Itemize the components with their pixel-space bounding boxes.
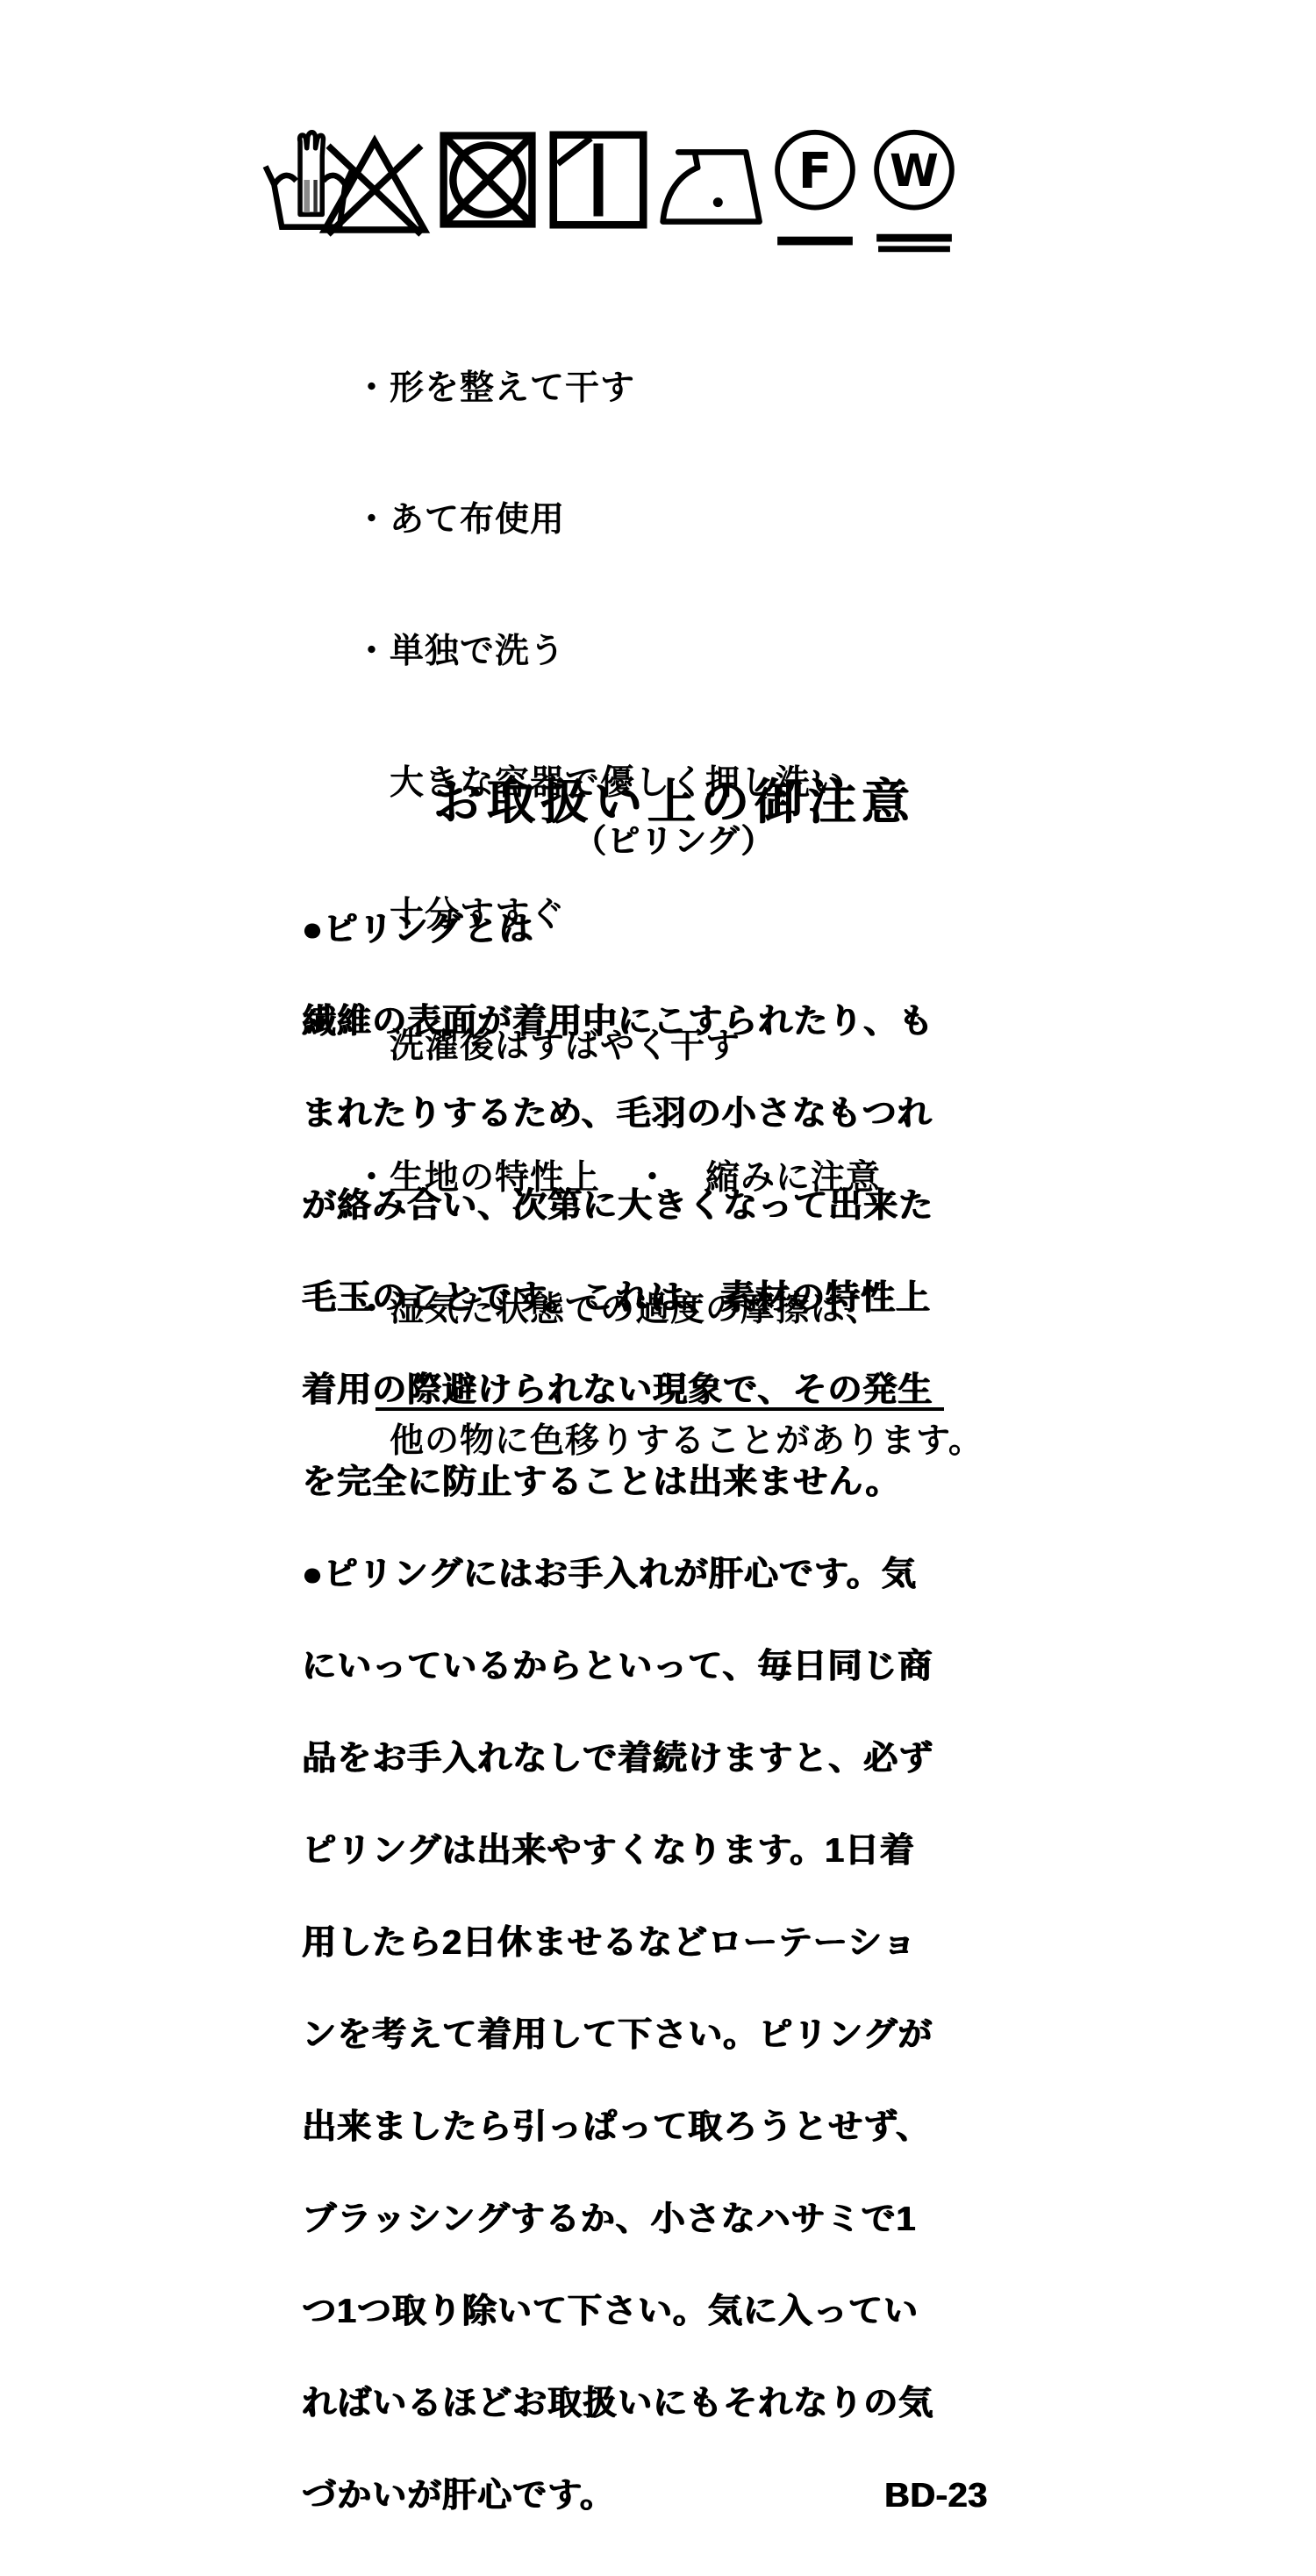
do-not-tumble-dry-icon: [435, 126, 540, 233]
notice-body-line: まれたりするため、毛羽の小さなもつれ: [302, 1098, 988, 1129]
notice-body-line: ●ピリングにはお手入れが肝心です。気: [302, 1559, 988, 1590]
notice-body-line: つ1つ取り除いて下さい。気に入ってい: [302, 2296, 988, 2327]
bottom-rule: [375, 1407, 944, 1411]
notice-body-line: 出来ましたら引っぱって取ろうとせず、: [302, 2112, 988, 2143]
instruction-line: ・形を整えて干す: [354, 367, 983, 411]
notice-closing-text: づかいが肝心です。: [302, 2480, 615, 2511]
instruction-line: ・あて布使用: [354, 498, 983, 542]
notice-body-line: 着用の際避けられない現象で、その発生: [302, 1375, 988, 1406]
shade-line-dry-icon: [545, 126, 652, 233]
notice-body-line: 毛玉のことです。これは、素材の特性上: [302, 1283, 988, 1313]
letter-f: F: [798, 143, 833, 200]
wet-clean-w-circle-icon: W: [871, 125, 957, 259]
notice-body-line: 繊維の表面が着用中にこすられたり、も: [302, 1006, 988, 1037]
care-label-page: F W ・形を整えて干す ・あて布使用 ・単独で洗う 大きな容器で優しく押し洗い…: [0, 0, 1316, 1579]
notice-body-line: が絡み合い、次第に大きくなって出来た: [302, 1191, 988, 1221]
notice-body-line: 品をお手入れなしで着続けますと、必ず: [302, 1743, 988, 1774]
notice-body-line: にいっているからといって、毎日同じ商: [302, 1651, 988, 1682]
instruction-line: ・単独で洗う: [354, 630, 983, 674]
notice-body-line: ブラッシングするか、小さなハサミで1: [302, 2204, 988, 2235]
notice-body-line: ンを考えて着用して下さい。ピリングが: [302, 2020, 988, 2050]
notice-body-line: 用したら2日休ませるなどローテーショ: [302, 1928, 988, 1958]
do-not-bleach-icon: [318, 128, 432, 239]
notice-body-line: ピリングは出来やすくなります。1日着: [302, 1835, 988, 1866]
letter-w: W: [890, 145, 939, 197]
notice-body-last-line: づかいが肝心です。 BD-23: [302, 2480, 988, 2511]
notice-body-line: ●ピリングとは: [302, 914, 988, 945]
notice-body-line: ればいるほどお取扱いにもそれなりの気: [302, 2388, 988, 2419]
dry-clean-f-circle-icon: F: [772, 125, 858, 259]
notice-body-line: を完全に防止することは出来ません。: [302, 1467, 988, 1498]
notice-body: ●ピリングとは 繊維の表面が着用中にこすられたり、も まれたりするため、毛羽の小…: [302, 853, 988, 2572]
label-code: BD-23: [884, 2480, 988, 2511]
iron-low-heat-icon: [656, 139, 774, 235]
